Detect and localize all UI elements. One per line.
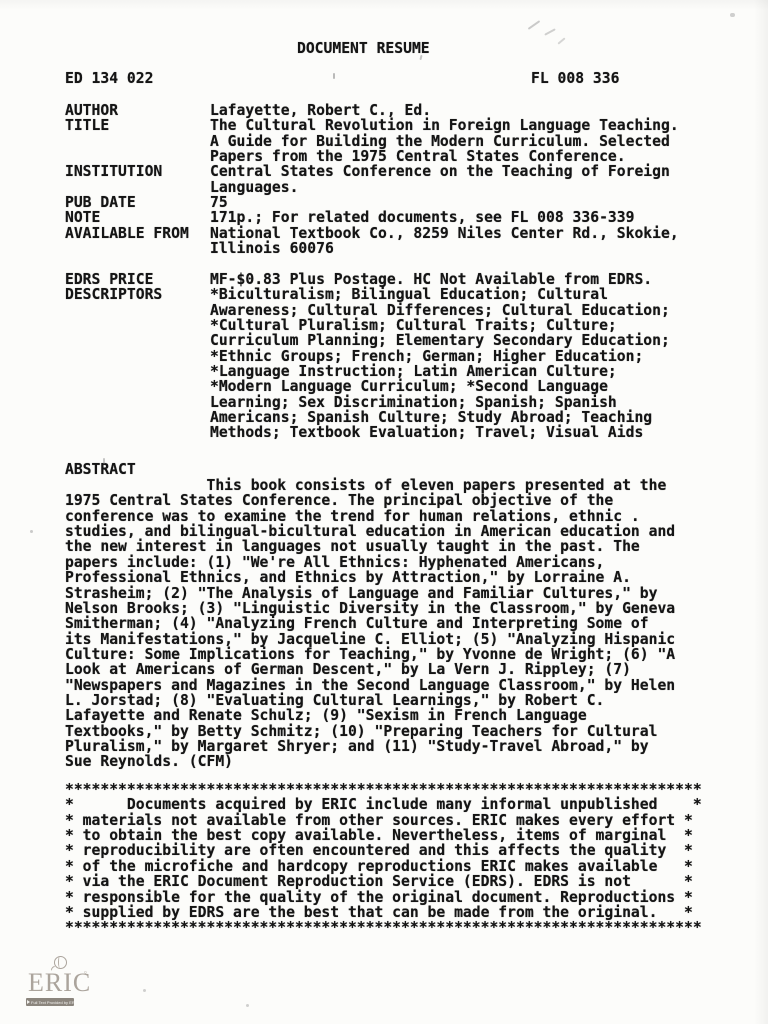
abstract-line: Smitherman; (4) "Analyzing French Cultur… (65, 616, 649, 631)
disclaimer-line: ****************************************… (65, 782, 702, 797)
field-label: EDRS PRICE (65, 272, 153, 287)
abstract-line: Textbooks," by Betty Schmitz; (10) "Prep… (65, 724, 657, 739)
abstract-line: conference was to examine the trend for … (65, 509, 640, 524)
scan-artifact (103, 458, 105, 464)
disclaimer-line: * via the ERIC Document Reproduction Ser… (65, 874, 693, 889)
abstract-line: L. Jorstad; (8) "Evaluating Cultural Lea… (65, 693, 604, 708)
abstract-line: Pluralism," by Margaret Shryer; and (11)… (65, 739, 649, 754)
field-value-line: Learning; Sex Discrimination; Spanish; S… (210, 395, 617, 410)
disclaimer-line: * Documents acquired by ERIC include man… (65, 797, 702, 812)
abstract-line: This book consists of eleven papers pres… (65, 478, 666, 493)
abstract-line: Culture: Some Implications for Teaching,… (65, 647, 675, 662)
field-value-line: National Textbook Co., 8259 Niles Center… (210, 226, 679, 241)
ed-number: ED 134 022 (65, 71, 153, 86)
field-value-line: Lafayette, Robert C., Ed. (210, 103, 431, 118)
disclaimer-line: * of the microfiche and hardcopy reprodu… (65, 859, 693, 874)
scan-artifact (419, 55, 422, 60)
disclaimer-line: * materials not available from other sou… (65, 813, 693, 828)
disclaimer-line: * responsible for the quality of the ori… (65, 890, 693, 905)
disclaimer-line: * reproducibility are often encountered … (65, 843, 693, 858)
field-value-line: *Cultural Pluralism; Cultural Traits; Cu… (210, 318, 617, 333)
abstract-line: Strasheim; (2) "The Analysis of Language… (65, 586, 657, 601)
scan-artifact (143, 989, 146, 992)
disclaimer-line: * supplied by EDRS are the best that can… (65, 905, 693, 920)
abstract-heading: ABSTRACT (65, 462, 136, 477)
abstract-line: Look at Americans of German Descent," by… (65, 662, 631, 677)
field-label: TITLE (65, 118, 109, 133)
clearinghouse-number: FL 008 336 (531, 71, 619, 86)
abstract-line: its Manifestations," by Jacqueline C. El… (65, 632, 675, 647)
field-value-line: The Cultural Revolution in Foreign Langu… (210, 118, 679, 133)
field-value-line: Languages. (210, 180, 298, 195)
arrow-icon (27, 1000, 30, 1004)
eric-logo-tagline-bar: Full Text Provided by ERIC (26, 998, 74, 1006)
abstract-line: papers include: (1) "We're All Ethnics: … (65, 555, 604, 570)
field-value-line: Papers from the 1975 Central States Conf… (210, 149, 626, 164)
scan-artifact (557, 37, 565, 44)
field-label: NOTE (65, 210, 100, 225)
disclaimer-line: * to obtain the best copy available. Nev… (65, 828, 693, 843)
field-value-line: Awareness; Cultural Differences; Cultura… (210, 303, 670, 318)
field-label: INSTITUTION (65, 164, 162, 179)
field-value-line: 171p.; For related documents, see FL 008… (210, 210, 634, 225)
abstract-line: studies, and bilingual-bicultural educat… (65, 524, 675, 539)
scan-artifact (528, 20, 541, 30)
field-label: DESCRIPTORS (65, 287, 162, 302)
eric-logo: ERIC ° Full Text Provided by ERIC (24, 956, 94, 1014)
document-resume-heading: DOCUMENT RESUME (297, 41, 430, 56)
eric-logo-tagline: Full Text Provided by ERIC (31, 1000, 74, 1005)
scan-artifact (30, 530, 33, 533)
field-value-line: Americans; Spanish Culture; Study Abroad… (210, 410, 652, 425)
abstract-line: 1975 Central States Conference. The prin… (65, 493, 613, 508)
field-value-line: *Ethnic Groups; French; German; Higher E… (210, 349, 643, 364)
disclaimer-line: ****************************************… (65, 920, 702, 935)
field-value-line: *Language Instruction; Latin American Cu… (210, 364, 617, 379)
scanned-document-page: DOCUMENT RESUME ED 134 022 FL 008 336 AU… (0, 0, 768, 1024)
abstract-line: "Newspapers and Magazines in the Second … (65, 678, 675, 693)
field-value-line: *Biculturalism; Bilingual Education; Cul… (210, 287, 608, 302)
scan-artifact (730, 13, 735, 17)
field-value-line: MF-$0.83 Plus Postage. HC Not Available … (210, 272, 652, 287)
scan-artifact (246, 1004, 249, 1007)
scan-artifact (544, 28, 556, 35)
field-label: AVAILABLE FROM (65, 226, 189, 241)
abstract-line: Sue Reynolds. (CFM) (65, 754, 233, 769)
field-value-line: Central States Conference on the Teachin… (210, 164, 670, 179)
eric-logo-text: ERIC (28, 970, 91, 996)
field-value-line: *Modern Language Curriculum; *Second Lan… (210, 379, 608, 394)
field-label: AUTHOR (65, 103, 118, 118)
abstract-line: the new interest in languages not usuall… (65, 539, 640, 554)
registered-mark-icon: ° (84, 970, 87, 978)
field-label: PUB DATE (65, 195, 136, 210)
scan-artifact (333, 73, 335, 79)
abstract-line: Professional Ethnics, and Ethnics by Att… (65, 570, 631, 585)
field-value-line: Methods; Textbook Evaluation; Travel; Vi… (210, 425, 643, 440)
field-value-line: 75 (210, 195, 228, 210)
field-value-line: Curriculum Planning; Elementary Secondar… (210, 333, 670, 348)
field-value-line: Illinois 60076 (210, 241, 334, 256)
abstract-line: Lafayette and Renate Schulz; (9) "Sexism… (65, 708, 587, 723)
abstract-line: Nelson Brooks; (3) "Linguistic Diversity… (65, 601, 675, 616)
field-value-line: A Guide for Building the Modern Curricul… (210, 134, 670, 149)
